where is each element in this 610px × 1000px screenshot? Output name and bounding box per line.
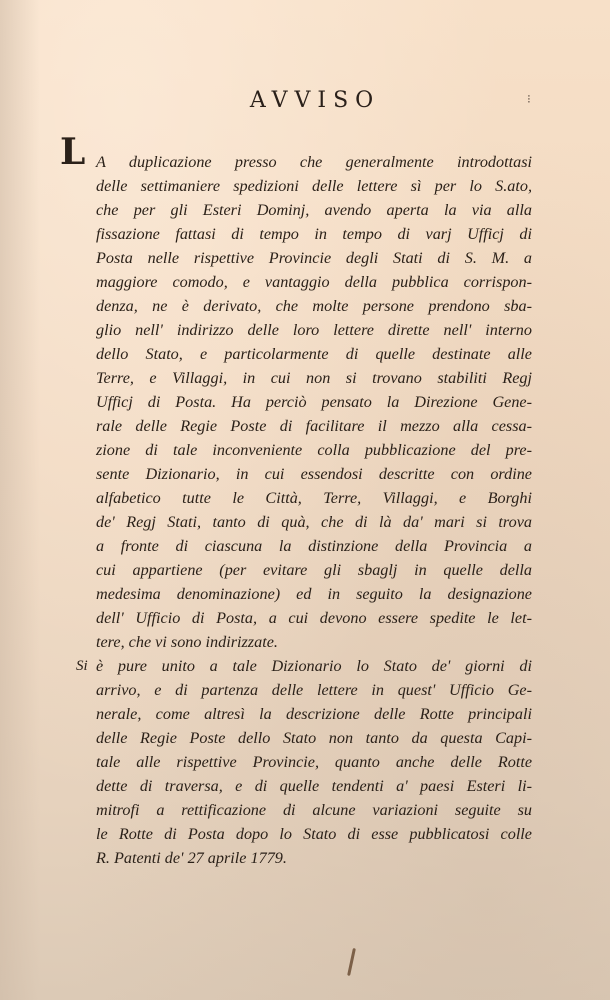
paragraph-1: L A duplicazione presso che generalmente… [96,150,532,654]
text-line: glio nell' indirizzo delle loro lettere … [96,318,532,342]
scanned-page: AVVISO ⁝ L A duplicazione presso che gen… [0,0,610,1000]
text-line: arrivo, e di partenza delle lettere in q… [96,678,532,702]
text-line: Posta nelle rispettive Provincie degli S… [96,246,532,270]
text-line: de' Regj Stati, tanto di quà, che di là … [96,510,532,534]
page-title: AVVISO [0,88,610,113]
text-line: a fronte di ciascuna la distinzione dell… [96,534,532,558]
text-line: dello Stato, e particolarmente di quelle… [96,342,532,366]
text-line: fissazione fattasi di tempo in tempo di … [96,222,532,246]
text-line: rale delle Regie Poste di facilitare il … [96,414,532,438]
ink-mark [347,948,356,976]
text-line: che per gli Esteri Dominj, avendo aperta… [96,198,532,222]
text-line: Ufficj di Posta. Ha perciò pensato la Di… [96,390,532,414]
text-line: le Rotte di Posta dopo lo Stato di esse … [96,822,532,846]
text-line: cui appartiene (per evitare gli sbaglj i… [96,558,532,582]
text-line: denza, ne è derivato, che molte persone … [96,294,532,318]
text-line: dette di traversa, e di quelle tendenti … [96,774,532,798]
text-line: medesima denominazione) ed in seguito la… [96,582,532,606]
text-line: L A duplicazione presso che generalmente… [96,150,532,174]
text-line: mitrofi a rettificazione di alcune varia… [96,798,532,822]
text-line: Si è pure unito a tale Dizionario lo Sta… [96,654,532,678]
text-line: delle settimaniere spedizioni delle lett… [96,174,532,198]
text-line: sente Dizionario, in cui essendosi descr… [96,462,532,486]
text-line: tere, che vi sono indirizzate. [96,630,532,654]
text-line: Terre, e Villaggi, in cui non si trovano… [96,366,532,390]
paragraph-lead: Si [76,654,88,678]
paragraph-2: Si è pure unito a tale Dizionario lo Sta… [96,654,532,870]
text-line: tale alle rispettive Provincie, quanto a… [96,750,532,774]
text-line: zione di tale inconveniente colla pubbli… [96,438,532,462]
corner-mark: ⁝ [527,92,531,106]
text-line: nerale, come altresì la descrizione dell… [96,702,532,726]
text-line: R. Patenti de' 27 aprile 1779. [96,846,532,870]
drop-cap: L [60,140,85,164]
text-line: delle Regie Poste dello Stato non tanto … [96,726,532,750]
text-line: alfabetico tutte le Città, Terre, Villag… [96,486,532,510]
body-text: L A duplicazione presso che generalmente… [96,150,532,870]
text-line: maggiore comodo, e vantaggio della pubbl… [96,270,532,294]
text-line: dell' Ufficio di Posta, a cui devono ess… [96,606,532,630]
